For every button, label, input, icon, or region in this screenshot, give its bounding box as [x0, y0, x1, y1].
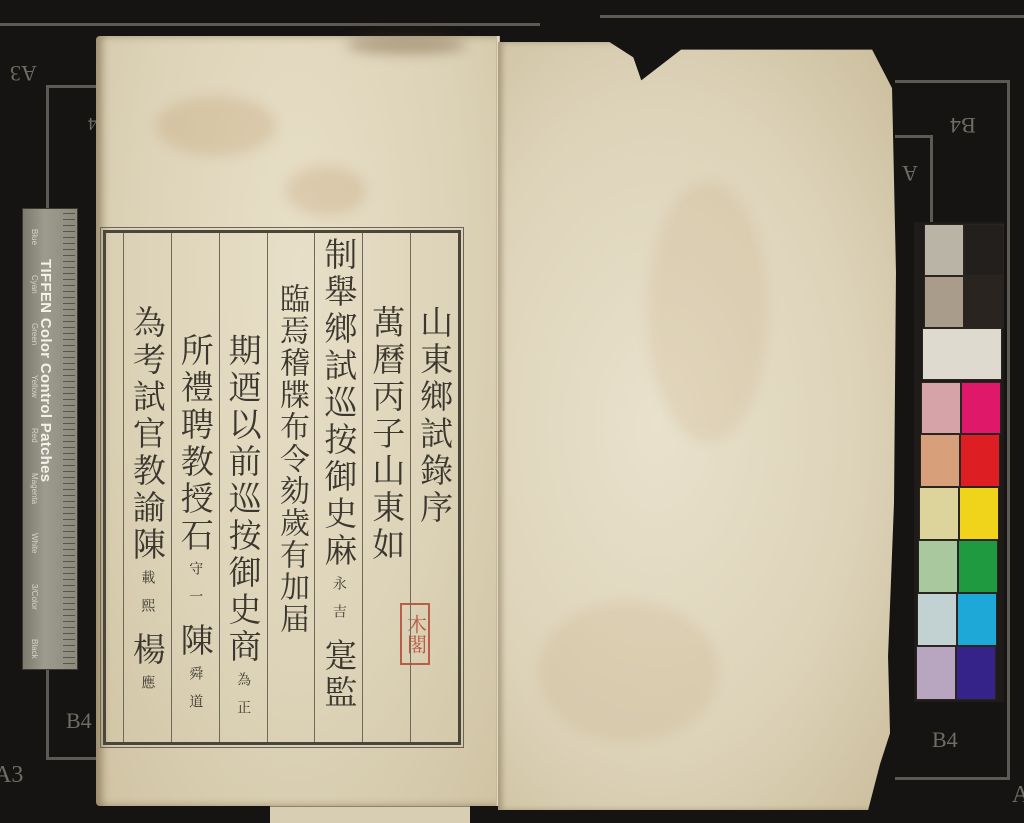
- text-column-2: 萬曆丙子山東如: [362, 233, 410, 742]
- tiffen-label: 3/Color: [25, 584, 39, 610]
- magenta-patch: [961, 382, 1001, 434]
- scan-scene: A3 A4 B4 A B4 A3 B4 A Blue Cyan Green Ye…: [0, 0, 1024, 823]
- text-column-7: 為考試官教諭陳 載熙 楊 應: [123, 233, 171, 742]
- text-column-5: 期迺以前巡按御史商 為正: [219, 233, 267, 742]
- tiffen-label: Blue: [25, 229, 39, 245]
- red-patch: [960, 434, 1000, 487]
- black-patch: [964, 276, 1004, 328]
- light-green-patch: [918, 540, 958, 593]
- tiffen-label: Black: [25, 639, 39, 659]
- left-page: 山東鄉試錄序 萬曆丙子山東如 制舉鄉試巡按御史麻 永吉 寔監 臨焉稽牒布令劾歲有…: [96, 36, 498, 806]
- light-violet-patch: [916, 646, 956, 700]
- interlinear-note: 守一: [185, 561, 205, 617]
- column-text: 臨焉稽牒布令劾歲有加届: [276, 283, 306, 635]
- interlinear-note: 應: [137, 675, 157, 703]
- text-column-4: 臨焉稽牒布令劾歲有加届: [267, 233, 315, 742]
- mat-label-a-bottom-right: A: [1012, 782, 1024, 809]
- printed-text-frame: 山東鄉試錄序 萬曆丙子山東如 制舉鄉試巡按御史麻 永吉 寔監 臨焉稽牒布令劾歲有…: [103, 230, 461, 745]
- right-page-blank: [498, 42, 896, 810]
- white-patch: [922, 328, 1002, 380]
- text-column-3: 制舉鄉試巡按御史麻 永吉 寔監: [314, 233, 362, 742]
- column-text-tail: 陳: [179, 623, 212, 660]
- yellow-patch: [959, 487, 999, 540]
- stain: [286, 166, 366, 216]
- tiffen-color-control-strip: Blue Cyan Green Yellow Red Magenta White…: [22, 208, 78, 670]
- column-text: 制舉鄉試巡按御史麻: [322, 237, 355, 570]
- interlinear-note: 載熙: [137, 570, 157, 626]
- red-collector-seal: 木閣: [400, 603, 430, 665]
- light-cyan-patch: [917, 593, 957, 646]
- gray-patch: [924, 224, 964, 276]
- text-column-1: 山東鄉試錄序: [410, 233, 458, 742]
- tiffen-label: White: [25, 533, 39, 553]
- stain: [538, 602, 718, 742]
- column-text: 為考試官教諭陳: [131, 305, 164, 564]
- interlinear-note: 永吉: [329, 576, 349, 632]
- column-text-tail: 寔監: [322, 638, 355, 712]
- stain: [156, 96, 276, 156]
- mat-label-b4-top: B4: [950, 112, 976, 138]
- mat-line-top-right: [600, 15, 1024, 18]
- text-columns: 山東鄉試錄序 萬曆丙子山東如 制舉鄉試巡按御史麻 永吉 寔監 臨焉稽牒布令劾歲有…: [106, 233, 458, 742]
- centimeter-ruler: [63, 213, 75, 667]
- column-text: 萬曆丙子山東如: [370, 305, 403, 564]
- column-text: 所禮聘教授石: [179, 333, 212, 555]
- mat-label-b4-bottom-left: B4: [66, 708, 92, 734]
- mat-label-b4-bottom-right: B4: [932, 727, 958, 753]
- mat-label-a3-bottom: A3: [0, 762, 23, 789]
- mat-line-top-left: [0, 23, 540, 26]
- column-text-tail: 楊: [131, 632, 164, 669]
- frame-margin-column: [106, 233, 123, 742]
- black-patch: [964, 224, 1004, 276]
- interlinear-note: 為正: [233, 672, 253, 728]
- column-text: 期迺以前巡按御史商: [227, 333, 260, 666]
- stain: [648, 182, 768, 442]
- blue-violet-patch: [956, 646, 996, 700]
- open-book: 山東鄉試錄序 萬曆丙子山東如 制舉鄉試巡按御史麻 永吉 寔監 臨焉稽牒布令劾歲有…: [96, 36, 902, 806]
- green-patch: [958, 540, 998, 593]
- column-title: 山東鄉試錄序: [418, 305, 451, 527]
- light-magenta-patch: [921, 382, 961, 434]
- color-checker-card: [914, 222, 1004, 702]
- cyan-patch: [957, 593, 997, 646]
- interlinear-note: 舜道: [185, 666, 205, 722]
- tiffen-brand-label: TIFFEN Color Control Patches: [37, 259, 54, 482]
- bottom-label-slip: [270, 806, 470, 823]
- mat-label-a3-top: A3: [10, 60, 37, 86]
- mat-label-a-right: A: [902, 160, 918, 186]
- brown-gray-patch: [924, 276, 964, 328]
- light-red-patch: [920, 434, 960, 487]
- light-yellow-patch: [919, 487, 959, 540]
- text-column-6: 所禮聘教授石 守一 陳 舜道: [171, 233, 219, 742]
- stain: [346, 36, 466, 54]
